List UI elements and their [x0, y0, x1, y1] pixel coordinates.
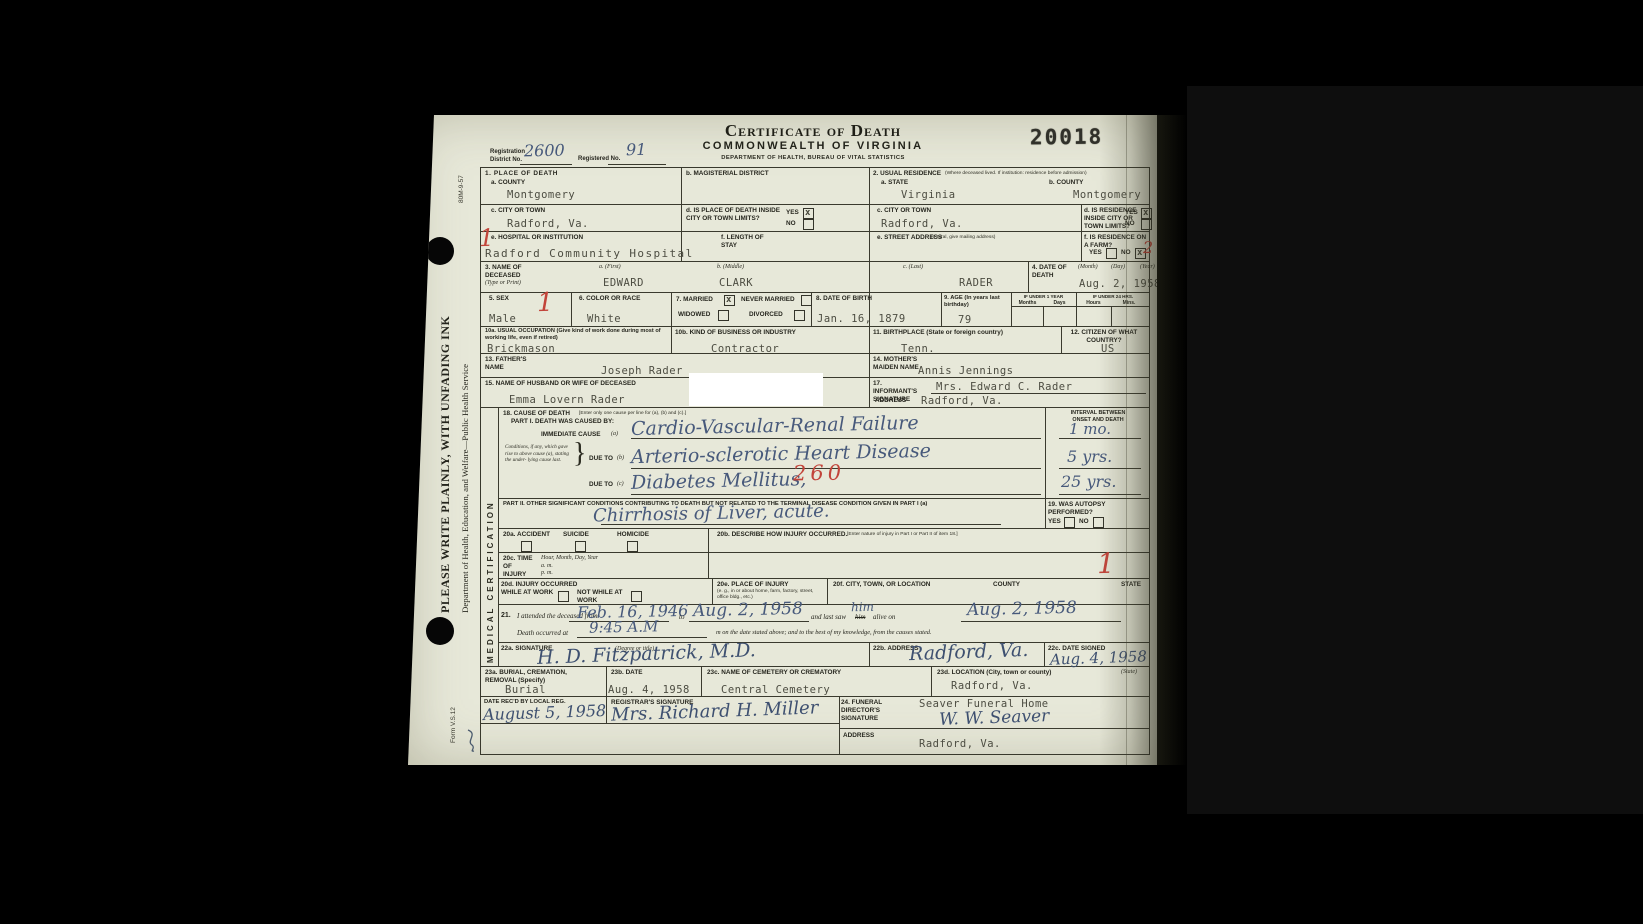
sex-value: Male	[489, 314, 516, 325]
red-tally-mark-sex: 1	[537, 290, 554, 316]
homicide-checkbox	[627, 541, 638, 552]
state-label: a. STATE	[881, 179, 908, 187]
farm-yes-checkbox	[1106, 248, 1117, 259]
funeral-director-signature: W. W. Seaver	[939, 708, 1050, 729]
line	[1028, 261, 1029, 292]
hospital-label: e. HOSPITAL OR INSTITUTION	[491, 234, 583, 242]
color-or-race-label: 6. COLOR OR RACE	[579, 295, 640, 303]
brace-glyph: }	[573, 440, 586, 468]
injury-occurred-label: 20d. INJURY OCCURRED	[501, 581, 577, 589]
funeral-address-value: Radford, Va.	[919, 739, 1001, 750]
punch-hole-top	[426, 237, 454, 265]
paper-edge-shadow	[1157, 115, 1187, 765]
citizen-value: US	[1101, 344, 1115, 355]
husband-or-wife-value: Emma Lovern Rader	[509, 395, 625, 406]
hours-label: Hours	[1077, 300, 1110, 306]
line	[571, 292, 572, 326]
age-label: 9. AGE (In years last birthday)	[944, 295, 1006, 309]
line	[498, 407, 499, 666]
describe-injury-label: 20b. DESCRIBE HOW INJURY OCCURRED.	[717, 531, 847, 539]
red-tally-mark-hospital: 1	[479, 226, 495, 250]
death-limits-no-label: NO	[786, 220, 796, 228]
him-printed-struck: him	[855, 614, 866, 621]
residence-limits-no-checkbox	[1141, 219, 1152, 230]
burial-value: Burial	[505, 685, 546, 696]
residence-limits-yes-checkbox: x	[1141, 208, 1152, 219]
never-married-label: NEVER MARRIED	[741, 296, 795, 304]
months-label: Months	[1012, 300, 1043, 306]
injury-city-label: 20f. CITY, TOWN, OR LOCATION	[833, 581, 930, 589]
line	[931, 666, 932, 696]
county-value: Montgomery	[507, 190, 575, 201]
fathers-name-value: Joseph Rader	[601, 366, 683, 377]
physician-address: Radford, Va.	[909, 641, 1029, 664]
while-at-work-label: WHILE AT WORK	[501, 589, 553, 597]
burial-label: 23a. BURIAL, CREMATION, REMOVAL (Specify…	[485, 669, 585, 685]
write-plainly-notice: PLEASE WRITE PLAINLY, WITH UNFADING INK	[438, 316, 453, 613]
county-label: a. COUNTY	[491, 179, 525, 187]
suicide-checkbox	[575, 541, 586, 552]
interval-a-value: 1 mo.	[1069, 422, 1111, 437]
death-limits-yes-label: YES	[786, 209, 799, 217]
location-label: 23d. LOCATION (City, town or county)	[937, 669, 1051, 677]
registrar-signature: Mrs. Richard H. Miller	[611, 699, 819, 724]
last-name-label: c. (Last)	[903, 264, 923, 272]
first-name-label: a. (First)	[599, 264, 621, 272]
line	[520, 164, 572, 165]
checkbox-x-mark: x	[1143, 209, 1148, 218]
line	[827, 578, 828, 604]
print-run-code: 80M-9-57	[458, 175, 465, 203]
accident-label: 20a. ACCIDENT	[503, 531, 550, 539]
last-alive-date: Aug. 2, 1958	[967, 600, 1077, 619]
bureau-line: DEPARTMENT OF HEALTH, BUREAU OF VITAL ST…	[608, 156, 1018, 162]
certificate-title: Certificate of Death	[608, 122, 1018, 139]
husband-or-wife-label: 15. NAME OF HUSBAND OR WIFE OF DECEASED	[485, 380, 636, 388]
cause-c-value: Diabetes Mellitus,	[631, 470, 807, 493]
to-text: to	[679, 614, 684, 621]
causes-stated-text: m on the date stated above; and to the b…	[716, 630, 932, 636]
street-address-note: (If rural, give mailing address)	[931, 235, 995, 241]
last-saw-text: and last saw	[811, 614, 846, 621]
medical-certification-label: MEDICAL CERTIFICATION	[486, 500, 495, 663]
cause-of-death-note: [Enter only one cause per line for (a), …	[579, 411, 686, 417]
death-limits-yes-checkbox: x	[803, 208, 814, 219]
date-of-birth-label: 8. DATE OF BIRTH	[816, 295, 872, 303]
line	[631, 494, 1041, 495]
line	[498, 642, 1149, 643]
redaction-box	[689, 373, 823, 406]
part2-value: Chirrhosis of Liver, acute.	[593, 503, 830, 526]
middle-name-label: b. (Middle)	[717, 264, 744, 272]
autopsy-yes-checkbox	[1064, 517, 1075, 528]
injury-county-label: COUNTY	[993, 581, 1020, 589]
length-of-stay-label: f. LENGTH OF STAY	[721, 234, 781, 250]
date-of-death-label: 4. DATE OF DEATH	[1032, 264, 1072, 280]
department-margin-text: Department of Health, Education, and Wel…	[460, 364, 470, 613]
red-tally-mark-blank: 1	[1097, 550, 1115, 578]
while-at-work-checkbox	[558, 591, 569, 602]
line	[1059, 494, 1141, 495]
death-limits-no-checkbox	[803, 219, 814, 230]
widowed-checkbox	[718, 310, 729, 321]
usual-occupation-value: Brickmason	[487, 344, 555, 355]
death-inside-limits-label: d. IS PLACE OF DEATH INSIDE CITY OR TOWN…	[686, 207, 782, 223]
cemetery-label: 23c. NAME OF CEMETERY OR CREMATORY	[707, 669, 907, 677]
never-married-checkbox	[801, 295, 812, 306]
residence-city-label: c. CITY OR TOWN	[877, 207, 931, 215]
usual-residence-label: 2. USUAL RESIDENCE	[873, 170, 941, 178]
red-code-260: 260	[793, 462, 846, 484]
if-under-1-year-label: IF UNDER 1 YEAR	[1012, 294, 1075, 300]
degree-or-title-label: (Degree or title)	[615, 646, 654, 654]
alive-on-text: alive on	[873, 614, 895, 621]
divorced-label: DIVORCED	[749, 311, 783, 319]
cemetery-value: Central Cemetery	[721, 685, 830, 696]
autopsy-no-checkbox	[1093, 517, 1104, 528]
time-of-injury-format: Hour, Month, Day, Year	[541, 555, 598, 563]
type-or-print-note: (Type or Print)	[485, 280, 521, 288]
homicide-label: HOMICIDE	[617, 531, 649, 539]
line	[498, 552, 1149, 553]
form-number: Form V.S.12	[450, 707, 457, 743]
age-value: 79	[958, 315, 972, 326]
business-industry-label: 10b. KIND OF BUSINESS OR INDUSTRY	[675, 329, 865, 337]
if-under-24-hrs-label: IF UNDER 24 HRS.	[1077, 294, 1149, 300]
conditions-note: Conditions, if any, which gave rise to a…	[505, 444, 571, 464]
line	[671, 326, 672, 353]
immediate-cause-label: IMMEDIATE CAUSE	[541, 431, 601, 439]
scanner-background	[1187, 86, 1643, 814]
line	[689, 621, 809, 622]
due-to-b-label: DUE TO	[589, 455, 613, 463]
death-occurred-text: Death occurred at	[517, 630, 568, 637]
cause-b-value: Arterio-sclerotic Heart Disease	[631, 442, 931, 467]
commonwealth-subtitle: COMMONWEALTH OF VIRGINIA	[608, 141, 1018, 152]
line	[481, 261, 1149, 262]
fathers-name-label: 13. FATHER'S NAME	[485, 356, 527, 372]
line	[961, 621, 1121, 622]
funeral-director-label: 24. FUNERAL DIRECTOR'S SIGNATURE	[841, 699, 905, 723]
autopsy-label: 19. WAS AUTOPSY PERFORMED?	[1048, 501, 1144, 517]
suicide-label: SUICIDE	[563, 531, 589, 539]
year-label: (Year)	[1140, 264, 1155, 272]
line	[1043, 306, 1044, 326]
city-or-town-value: Radford, Va.	[507, 219, 589, 230]
first-name-value: EDWARD	[603, 278, 644, 289]
him-handwritten: him	[851, 601, 874, 613]
day-label: (Day)	[1111, 264, 1125, 272]
cause-b-label: (b)	[617, 455, 624, 463]
middle-name-value: CLARK	[719, 278, 753, 289]
widowed-label: WIDOWED	[678, 311, 710, 319]
line	[1045, 407, 1046, 528]
line	[481, 407, 1149, 408]
line	[931, 393, 1146, 394]
line	[481, 204, 1149, 205]
residence-county-label: b. COUNTY	[1049, 179, 1083, 187]
burial-date-value: Aug. 4, 1958	[608, 685, 690, 696]
serial-number-stamp: 20018	[1030, 127, 1103, 149]
residence-county-value: Montgomery	[1073, 190, 1141, 201]
line	[1044, 642, 1045, 666]
death-time-value: 9:45 A.M	[589, 619, 659, 635]
usual-residence-note: (Where deceased lived. If institution: r…	[945, 171, 1087, 177]
pm-label: p. m.	[541, 570, 553, 578]
checkbox-x-mark: x	[805, 209, 810, 218]
name-of-deceased-label: 3. NAME OF DECEASED	[485, 264, 547, 280]
line	[577, 637, 707, 638]
due-to-c-label: DUE TO	[589, 481, 613, 489]
registration-district-value: 2600	[524, 143, 565, 160]
birthplace-label: 11. BIRTHPLACE (State or foreign country…	[873, 329, 1053, 337]
city-or-town-label: c. CITY OR TOWN	[491, 207, 545, 215]
date-signed-value: Aug. 4, 1958	[1050, 649, 1147, 667]
color-or-race-value: White	[587, 314, 621, 325]
hospital-value: Radford Community Hospital	[485, 248, 694, 259]
line	[498, 578, 1149, 579]
state-value: Virginia	[901, 190, 956, 201]
punch-hole-bottom	[426, 617, 454, 645]
place-of-death-label: 1. PLACE OF DEATH	[485, 170, 615, 178]
married-checkbox: x	[724, 295, 735, 306]
month-label: (Month)	[1078, 264, 1098, 272]
interval-c-value: 25 yrs.	[1061, 474, 1116, 490]
line	[671, 292, 672, 326]
mins-label: Mins.	[1111, 300, 1147, 306]
line	[708, 528, 709, 578]
cause-c-label: (c)	[617, 481, 624, 489]
days-label: Days	[1044, 300, 1075, 306]
business-industry-value: Contractor	[711, 344, 779, 355]
divorced-checkbox	[794, 310, 805, 321]
line	[1111, 306, 1112, 326]
line	[1061, 326, 1062, 353]
death-certificate-scan: 80M-9-57 PLEASE WRITE PLAINLY, WITH UNFA…	[408, 115, 1157, 765]
line	[701, 666, 702, 696]
married-label: 7. MARRIED	[676, 296, 713, 304]
line	[481, 231, 1149, 232]
funeral-address-label: ADDRESS	[843, 732, 874, 740]
place-of-injury-label: 20e. PLACE OF INJURY	[717, 581, 789, 589]
informant-address-label: ADDRESS	[875, 397, 906, 405]
usual-occupation-label: 10a. USUAL OCCUPATION (Give kind of work…	[485, 328, 667, 342]
accident-checkbox	[521, 541, 532, 552]
date-recd-value: August 5, 1958	[483, 703, 607, 723]
line	[941, 292, 942, 326]
line	[1059, 468, 1141, 469]
burial-date-label: 23b. DATE	[611, 669, 643, 677]
interval-b-value: 5 yrs.	[1067, 449, 1112, 465]
sex-label: 5. SEX	[489, 295, 509, 303]
line	[1081, 204, 1082, 261]
line	[498, 528, 1149, 529]
cause-of-death-label: 18. CAUSE OF DEATH	[503, 410, 570, 418]
date-of-birth-value: Jan. 16, 1879	[817, 314, 906, 325]
cause-a-label: (a)	[611, 431, 618, 439]
describe-injury-note: [Enter nature of injury in Part I or Par…	[847, 532, 958, 538]
interval-header-line1: INTERVAL BETWEEN	[1051, 410, 1145, 417]
checkbox-x-mark: x	[726, 296, 731, 305]
line	[1059, 438, 1141, 439]
residence-city-value: Radford, Va.	[881, 219, 963, 230]
red-mark-farm: 2	[1143, 240, 1154, 256]
line	[839, 696, 840, 754]
farm-yes-label: YES	[1089, 249, 1102, 257]
informant-signature-value: Mrs. Edward C. Rader	[936, 382, 1072, 393]
certificate-form: 1. PLACE OF DEATH a. COUNTY Montgomery b…	[480, 167, 1150, 755]
paper-crease	[1126, 115, 1127, 765]
informant-address-value: Radford, Va.	[921, 396, 1003, 407]
attended-to-date: Aug. 2, 1958	[693, 601, 803, 620]
part1-label: PART I. DEATH WAS CAUSED BY:	[511, 418, 614, 426]
date-of-death-value: Aug. 2, 1958	[1079, 279, 1161, 290]
line	[839, 728, 1149, 729]
birthplace-value: Tenn.	[901, 344, 935, 355]
line	[481, 292, 1149, 293]
not-while-at-work-checkbox	[631, 591, 642, 602]
line	[869, 642, 870, 666]
line	[869, 168, 870, 407]
location-state-label: (State)	[1121, 669, 1137, 677]
autopsy-no-label: NO	[1079, 518, 1089, 526]
autopsy-yes-label: YES	[1048, 518, 1061, 526]
cause-a-value: Cardio-Vascular-Renal Failure	[631, 414, 919, 439]
line	[481, 353, 1149, 354]
checkbox-x-mark: x	[1137, 249, 1142, 258]
time-of-injury-label: 20c. TIME OF INJURY	[503, 555, 535, 579]
line	[481, 326, 1149, 327]
item-21-number: 21.	[501, 612, 511, 621]
line	[498, 498, 1149, 499]
injury-state-label: STATE	[1121, 581, 1141, 589]
location-value: Radford, Va.	[951, 681, 1033, 692]
magisterial-district-label: b. MAGISTERIAL DISTRICT	[686, 170, 846, 178]
mothers-maiden-name-value: Annis Jennings	[918, 366, 1014, 377]
line	[608, 164, 666, 165]
last-name-value: RADER	[959, 278, 993, 289]
